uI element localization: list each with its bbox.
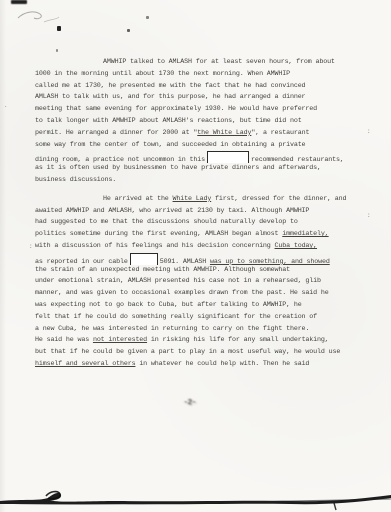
typed-text: business discussions. [35, 176, 116, 184]
typed-text: had suggested to me that the discussions… [35, 218, 298, 226]
typed-text: awaited AMWHIP and AMLASH, who arrived a… [35, 207, 309, 215]
typed-text: dining room, a practice not uncommon in … [35, 156, 205, 163]
underlined-text: immediately, [282, 230, 328, 238]
scan-edge-streak [0, 484, 391, 512]
typed-line: He said he was not interested in risking… [35, 335, 359, 347]
typed-line: the strain of an unexpected meeting with… [35, 265, 359, 277]
typed-text: as it is often used by businessmen to ha… [35, 164, 321, 172]
typed-text: AMWHIP talked to AMLASH for at least sev… [103, 58, 335, 66]
typed-line: felt that if he could do something reall… [35, 312, 359, 324]
typed-line: but that if he could be given a part to … [35, 347, 359, 359]
typed-text: politics sometime during the first eveni… [35, 230, 282, 238]
typed-line: called me at 1730, he presented me with … [35, 81, 359, 93]
typed-text: He said he was [35, 336, 93, 344]
typed-line: under emotional strain, AMLASH presented… [35, 276, 359, 288]
underlined-text: not interested [93, 336, 147, 344]
typed-line: business discussions. [35, 175, 359, 187]
typed-text: the strain of an unexpected meeting with… [35, 266, 290, 274]
paragraph: He arrived at the White Lady first, dres… [35, 194, 359, 371]
typed-line: as it is often used by businessmen to ha… [35, 163, 359, 175]
paragraph: AMWHIP talked to AMLASH for at least sev… [35, 57, 359, 187]
typed-text: was expecting not to go back to Cuba, bu… [35, 301, 302, 309]
page-number: -2- [168, 399, 212, 407]
typed-text-block: AMWHIP talked to AMLASH for at least sev… [35, 57, 359, 378]
typed-line: himself and several others in whatever h… [35, 359, 359, 371]
typed-text: permit. He arranged a dinner for 2000 at… [35, 129, 197, 137]
document-page: : : . : AMWHIP talked to AMLASH for at l… [0, 0, 391, 512]
typed-line: to talk longer with AMWHIP about AMLASH'… [35, 116, 359, 128]
margin-speck: . [4, 102, 8, 109]
typed-text: He arrived at the [103, 195, 173, 203]
typed-text: to talk longer with AMWHIP about AMLASH'… [35, 117, 302, 125]
typed-text: under emotional strain, AMLASH presented… [35, 277, 321, 285]
typed-text: in risking his life for any small undert… [147, 336, 329, 344]
typed-line: as reported in our cable5091. AMLASH was… [35, 253, 359, 265]
handwritten-squiggle [14, 4, 64, 34]
typed-line: some way from the center of town, and su… [35, 140, 359, 152]
typed-text: in whatever he could help with. Then he … [135, 360, 309, 368]
typed-line: was expecting not to go back to Cuba, bu… [35, 300, 359, 312]
typed-line: awaited AMWHIP and AMLASH, who arrived a… [35, 206, 359, 218]
margin-speck: : [367, 128, 371, 135]
margin-speck: : [367, 212, 371, 219]
typed-text: felt that if he could do something reall… [35, 313, 317, 321]
typed-line: a new Cuba, he was interested in returni… [35, 324, 359, 336]
typed-line: dining room, a practice not uncommon in … [35, 151, 359, 163]
typed-text: manner, and was given to occasional exam… [35, 289, 329, 297]
typed-text: some way from the center of town, and su… [35, 141, 305, 149]
redaction-box [207, 151, 249, 163]
underlined-text: himself and several others [35, 360, 135, 368]
typed-line: 1000 in the morning until about 1730 the… [35, 69, 359, 81]
typed-text: as reported in our cable [35, 258, 128, 265]
typed-line: He arrived at the White Lady first, dres… [35, 194, 359, 206]
underlined-text: was up to something, and showed [210, 258, 330, 265]
margin-speck: : [29, 243, 33, 250]
typed-text: recommended restaurants, [251, 156, 344, 163]
ink-mark [146, 16, 149, 19]
typed-text: ", a restaurant [251, 129, 309, 137]
typed-line: AMLASH to talk with us, and for this pur… [35, 92, 359, 104]
typed-line: with a discussion of his feelings and hi… [35, 241, 359, 253]
typed-text: called me at 1730, he presented me with … [35, 82, 305, 90]
underlined-text: White Lady [173, 195, 212, 203]
typed-line: AMWHIP talked to AMLASH for at least sev… [35, 57, 359, 69]
typed-line: permit. He arranged a dinner for 2000 at… [35, 128, 359, 140]
typed-line: manner, and was given to occasional exam… [35, 288, 359, 300]
redaction-box [130, 253, 158, 265]
typed-text: 5091. AMLASH [160, 258, 210, 265]
typed-line: had suggested to me that the discussions… [35, 217, 359, 229]
typed-text: meeting that same evening for approximat… [35, 105, 317, 113]
ink-mark [127, 29, 130, 32]
typed-text: AMLASH to talk with us, and for this pur… [35, 93, 305, 101]
ink-mark [56, 49, 58, 52]
underlined-text: Cuba today, [275, 242, 318, 250]
typed-line: politics sometime during the first eveni… [35, 229, 359, 241]
typed-text: 1000 in the morning until about 1730 the… [35, 70, 290, 78]
typed-text: with a discussion of his feelings and hi… [35, 242, 275, 250]
typed-line: meeting that same evening for approximat… [35, 104, 359, 116]
underlined-text: the White Lady [197, 129, 251, 137]
typed-text: but that if he could be given a part to … [35, 348, 340, 356]
typed-text: a new Cuba, he was interested in returni… [35, 325, 309, 333]
typed-text: first, dressed for the dinner, and [211, 195, 346, 203]
